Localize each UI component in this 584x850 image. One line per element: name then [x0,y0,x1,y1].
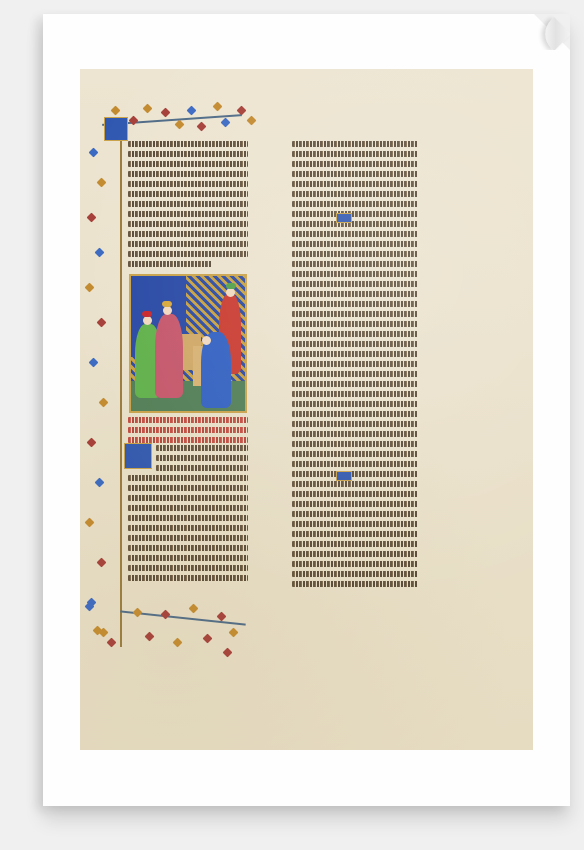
text-line [128,251,248,257]
text-line [292,381,418,387]
text-line [128,495,248,501]
left-column-lower-text: L est assez dit par les hys toires commu… [128,445,248,581]
miniature-painting [129,274,247,413]
text-line [292,401,418,407]
text-line [292,441,418,447]
text-line: affin que par longue continuacion de [292,581,418,587]
text-line [292,311,418,317]
text-line [128,485,248,491]
text-line: sence pour sa haulte couleur laquelle la [128,161,248,167]
text-line: cist nom appius claudius. Et de ce [292,141,418,147]
text-line [292,361,418,367]
text-line [128,515,248,521]
rubric-line: L. e. xv. Chapitre contient le cas [128,417,248,423]
text-line [292,261,418,267]
text-line [292,271,418,277]
text-line [292,331,418,337]
text-line [292,231,418,237]
text-line [292,531,418,537]
text-line [292,431,418,437]
text-line [292,461,418,467]
inline-initial-e [336,471,352,481]
bottom-vine-border [86,599,246,659]
left-column-upper-text: ce gouuerneurs de la cite de romme et ne… [128,141,248,267]
text-line [128,535,248,541]
text-line [128,261,212,267]
text-line [292,171,418,177]
text-line [128,211,248,217]
manuscript-page: ce gouuerneurs de la cite de romme et ne… [80,69,533,750]
text-line [292,501,418,507]
chapter-rubric: L. e. xv. Chapitre contient le cas de Ap… [128,417,248,443]
text-line [292,211,418,217]
right-column-text: cist nom appius claudius. Et de ce ceste… [292,141,418,587]
text-line: neantmoins que appius estoit en ma pre [128,151,248,157]
text-line [128,545,248,551]
text-line [292,181,418,187]
text-line [292,341,418,347]
text-line [292,421,418,427]
text-line: ceste ligne furent receus et escrips es … [292,151,418,157]
text-line [292,351,418,357]
page-curl-corner [534,14,570,50]
decorated-initial-c [104,117,128,141]
text-line: ce gouuerneurs de la cite de romme et [128,141,248,147]
text-line [128,181,248,187]
text-line [128,241,248,247]
text-line [292,541,418,547]
text-line [292,221,418,227]
text-line [128,525,248,531]
text-line: ung appelle actius claudius qui apres [128,575,248,581]
text-line [292,321,418,327]
text-line [128,231,248,237]
text-line [292,571,418,577]
text-line [292,411,418,417]
figure-pink-robe [155,314,183,398]
text-line [128,565,248,571]
text-line [128,171,248,177]
text-line: ligne des claudiens princi [156,465,248,471]
text-line [128,191,248,197]
text-line [292,191,418,197]
text-line [292,241,418,247]
text-line [292,471,418,477]
text-line [128,555,248,561]
text-line [292,371,418,377]
text-line [292,511,418,517]
text-line [292,281,418,287]
left-vine-border [84,119,124,659]
text-line [292,201,418,207]
text-line [128,505,248,511]
text-line [292,451,418,457]
text-line [128,475,248,481]
text-line: toires communes que la [156,455,248,461]
text-line [292,551,418,557]
text-line: L est assez dit par les hys [156,445,248,451]
print-sheet: ce gouuerneurs de la cite de romme et ne… [43,14,570,806]
text-line [292,481,418,487]
text-line [292,491,418,497]
rubric-line: de Appius claudius dit homme. Et : [128,427,248,433]
inline-initial-a [336,213,352,223]
text-line [292,301,418,307]
text-line: ures des annales des nobles hommes [292,161,418,167]
text-line [292,521,418,527]
text-line [292,291,418,297]
text-line [128,201,248,207]
text-line [128,221,248,227]
text-line [292,561,418,567]
text-line [292,391,418,397]
text-line [292,251,418,257]
